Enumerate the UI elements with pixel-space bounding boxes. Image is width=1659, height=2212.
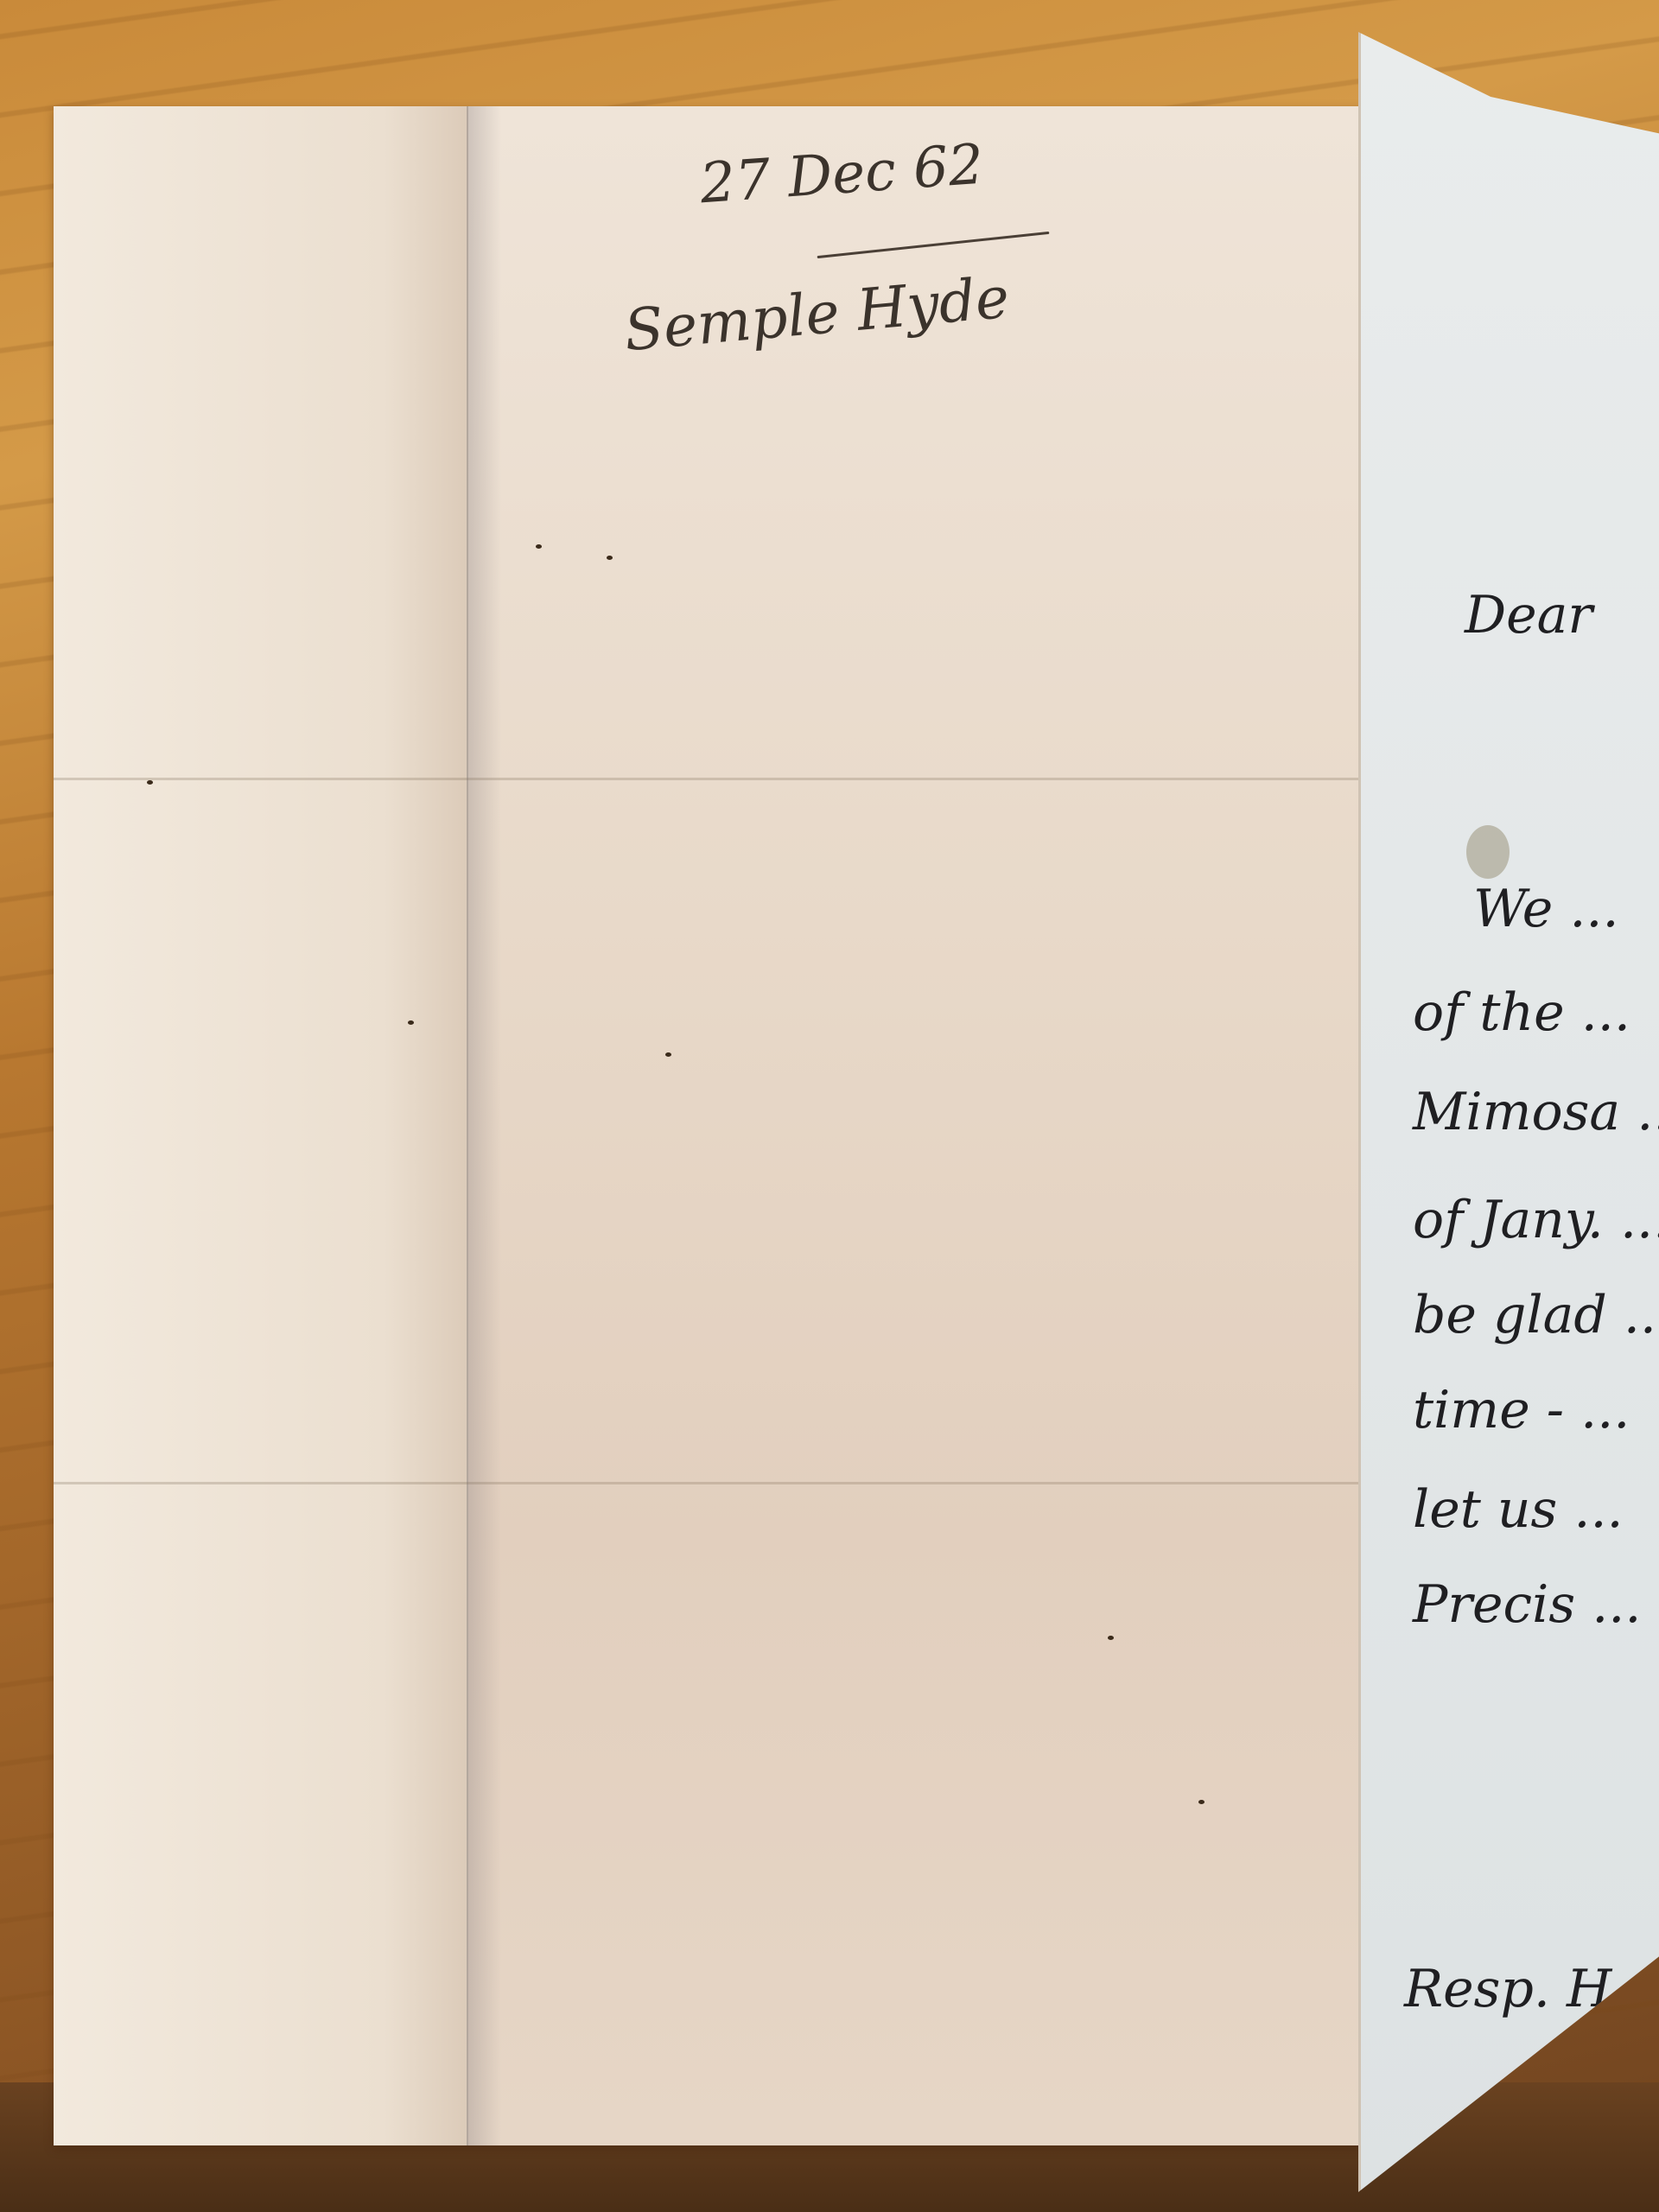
horizontal-crease-lower — [54, 1482, 1376, 1484]
letter-back-sheet — [54, 106, 1376, 2145]
left-fold-flap — [54, 106, 468, 2145]
ink-spot — [536, 544, 542, 549]
letter-front-page: Dear We ... of the ... Mimosa ... of Jan… — [1358, 32, 1659, 2192]
letter-line: of Jany. ... — [1413, 1190, 1659, 1250]
letter-line: time - ... — [1413, 1380, 1630, 1440]
letter-line: be glad ... — [1413, 1285, 1659, 1345]
letter-line: let us ... — [1413, 1479, 1624, 1540]
salutation: Dear — [1465, 585, 1592, 645]
letter-line: Precis ... — [1413, 1574, 1641, 1635]
letter-line: of the ... — [1413, 982, 1630, 1043]
vertical-fold-crease — [467, 106, 501, 2145]
ink-spot — [147, 780, 153, 785]
paper-stain — [1466, 825, 1510, 879]
ink-spot — [665, 1052, 671, 1057]
ink-spot — [607, 556, 613, 560]
letter-line: Mimosa ... — [1413, 1082, 1659, 1142]
horizontal-crease-upper — [54, 778, 1376, 780]
ink-spot — [1108, 1636, 1114, 1640]
letter-line: We ... — [1473, 879, 1619, 939]
ink-spot — [408, 1020, 414, 1025]
ink-spot — [1198, 1800, 1205, 1804]
